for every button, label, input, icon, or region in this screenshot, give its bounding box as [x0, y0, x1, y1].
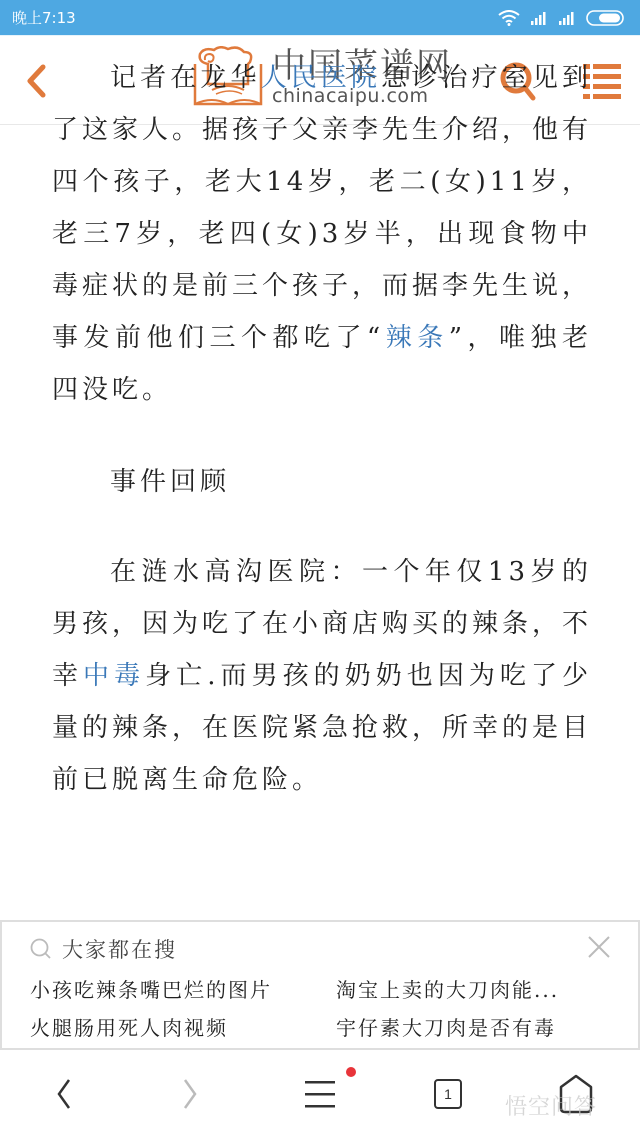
watermark: 悟空问答 — [505, 1090, 597, 1121]
tab-count: 1 — [434, 1079, 462, 1109]
hot-search-item[interactable]: 火腿肠用死人肉视频 — [30, 1012, 228, 1041]
hot-search-item[interactable]: 宇仔素大刀肉是否有毒 — [336, 1012, 556, 1041]
battery-icon — [586, 10, 626, 26]
status-icons — [498, 10, 626, 26]
notification-dot — [346, 1067, 356, 1077]
tabs-button[interactable]: 1 — [424, 1070, 472, 1118]
signal-icon — [530, 11, 548, 25]
browser-menu-button[interactable] — [296, 1070, 344, 1118]
browser-forward-button[interactable] — [166, 1070, 214, 1118]
status-time: 晚上7:13 — [12, 7, 76, 28]
keyword-link-poisoning[interactable]: 中毒 — [83, 661, 145, 691]
status-bar: 晚上7:13 — [0, 0, 640, 35]
wifi-icon — [498, 10, 520, 26]
keyword-link-latiao[interactable]: 辣条 — [384, 323, 448, 353]
back-arrow-icon — [56, 1078, 72, 1110]
keyword-link-hospital[interactable]: 人民医院 — [261, 63, 382, 93]
article-paragraph: 在涟水高沟医院：一个年仅13岁的男孩，因为吃了在小商店购买的辣条，不幸中毒身亡.… — [52, 546, 592, 806]
hot-search-title: 大家都在搜 — [62, 934, 177, 964]
text-segment: 急诊治疗室见到了这家人。据孩子父亲李先生介绍，他有四个孩子，老大14岁，老二(女… — [52, 63, 592, 353]
article-paragraph: 记者在龙华人民医院急诊治疗室见到了这家人。据孩子父亲李先生介绍，他有四个孩子，老… — [52, 52, 592, 416]
browser-back-button[interactable] — [40, 1070, 88, 1118]
chevron-left-icon — [25, 64, 47, 98]
search-icon — [30, 938, 52, 960]
signal-icon — [558, 11, 576, 25]
section-heading: 事件回顾 — [52, 456, 592, 508]
close-icon[interactable] — [586, 934, 612, 960]
hot-search-item[interactable]: 小孩吃辣条嘴巴烂的图片 — [30, 974, 272, 1003]
hot-search-panel: 大家都在搜 小孩吃辣条嘴巴烂的图片 淘宝上卖的大刀肉能... 火腿肠用死人肉视频… — [0, 920, 640, 1050]
hot-search-item[interactable]: 淘宝上卖的大刀肉能... — [336, 974, 559, 1003]
back-button[interactable] — [20, 62, 52, 100]
text-segment: 记者在龙华 — [110, 63, 261, 93]
hamburger-menu-icon — [304, 1079, 336, 1109]
forward-arrow-icon — [182, 1078, 198, 1110]
